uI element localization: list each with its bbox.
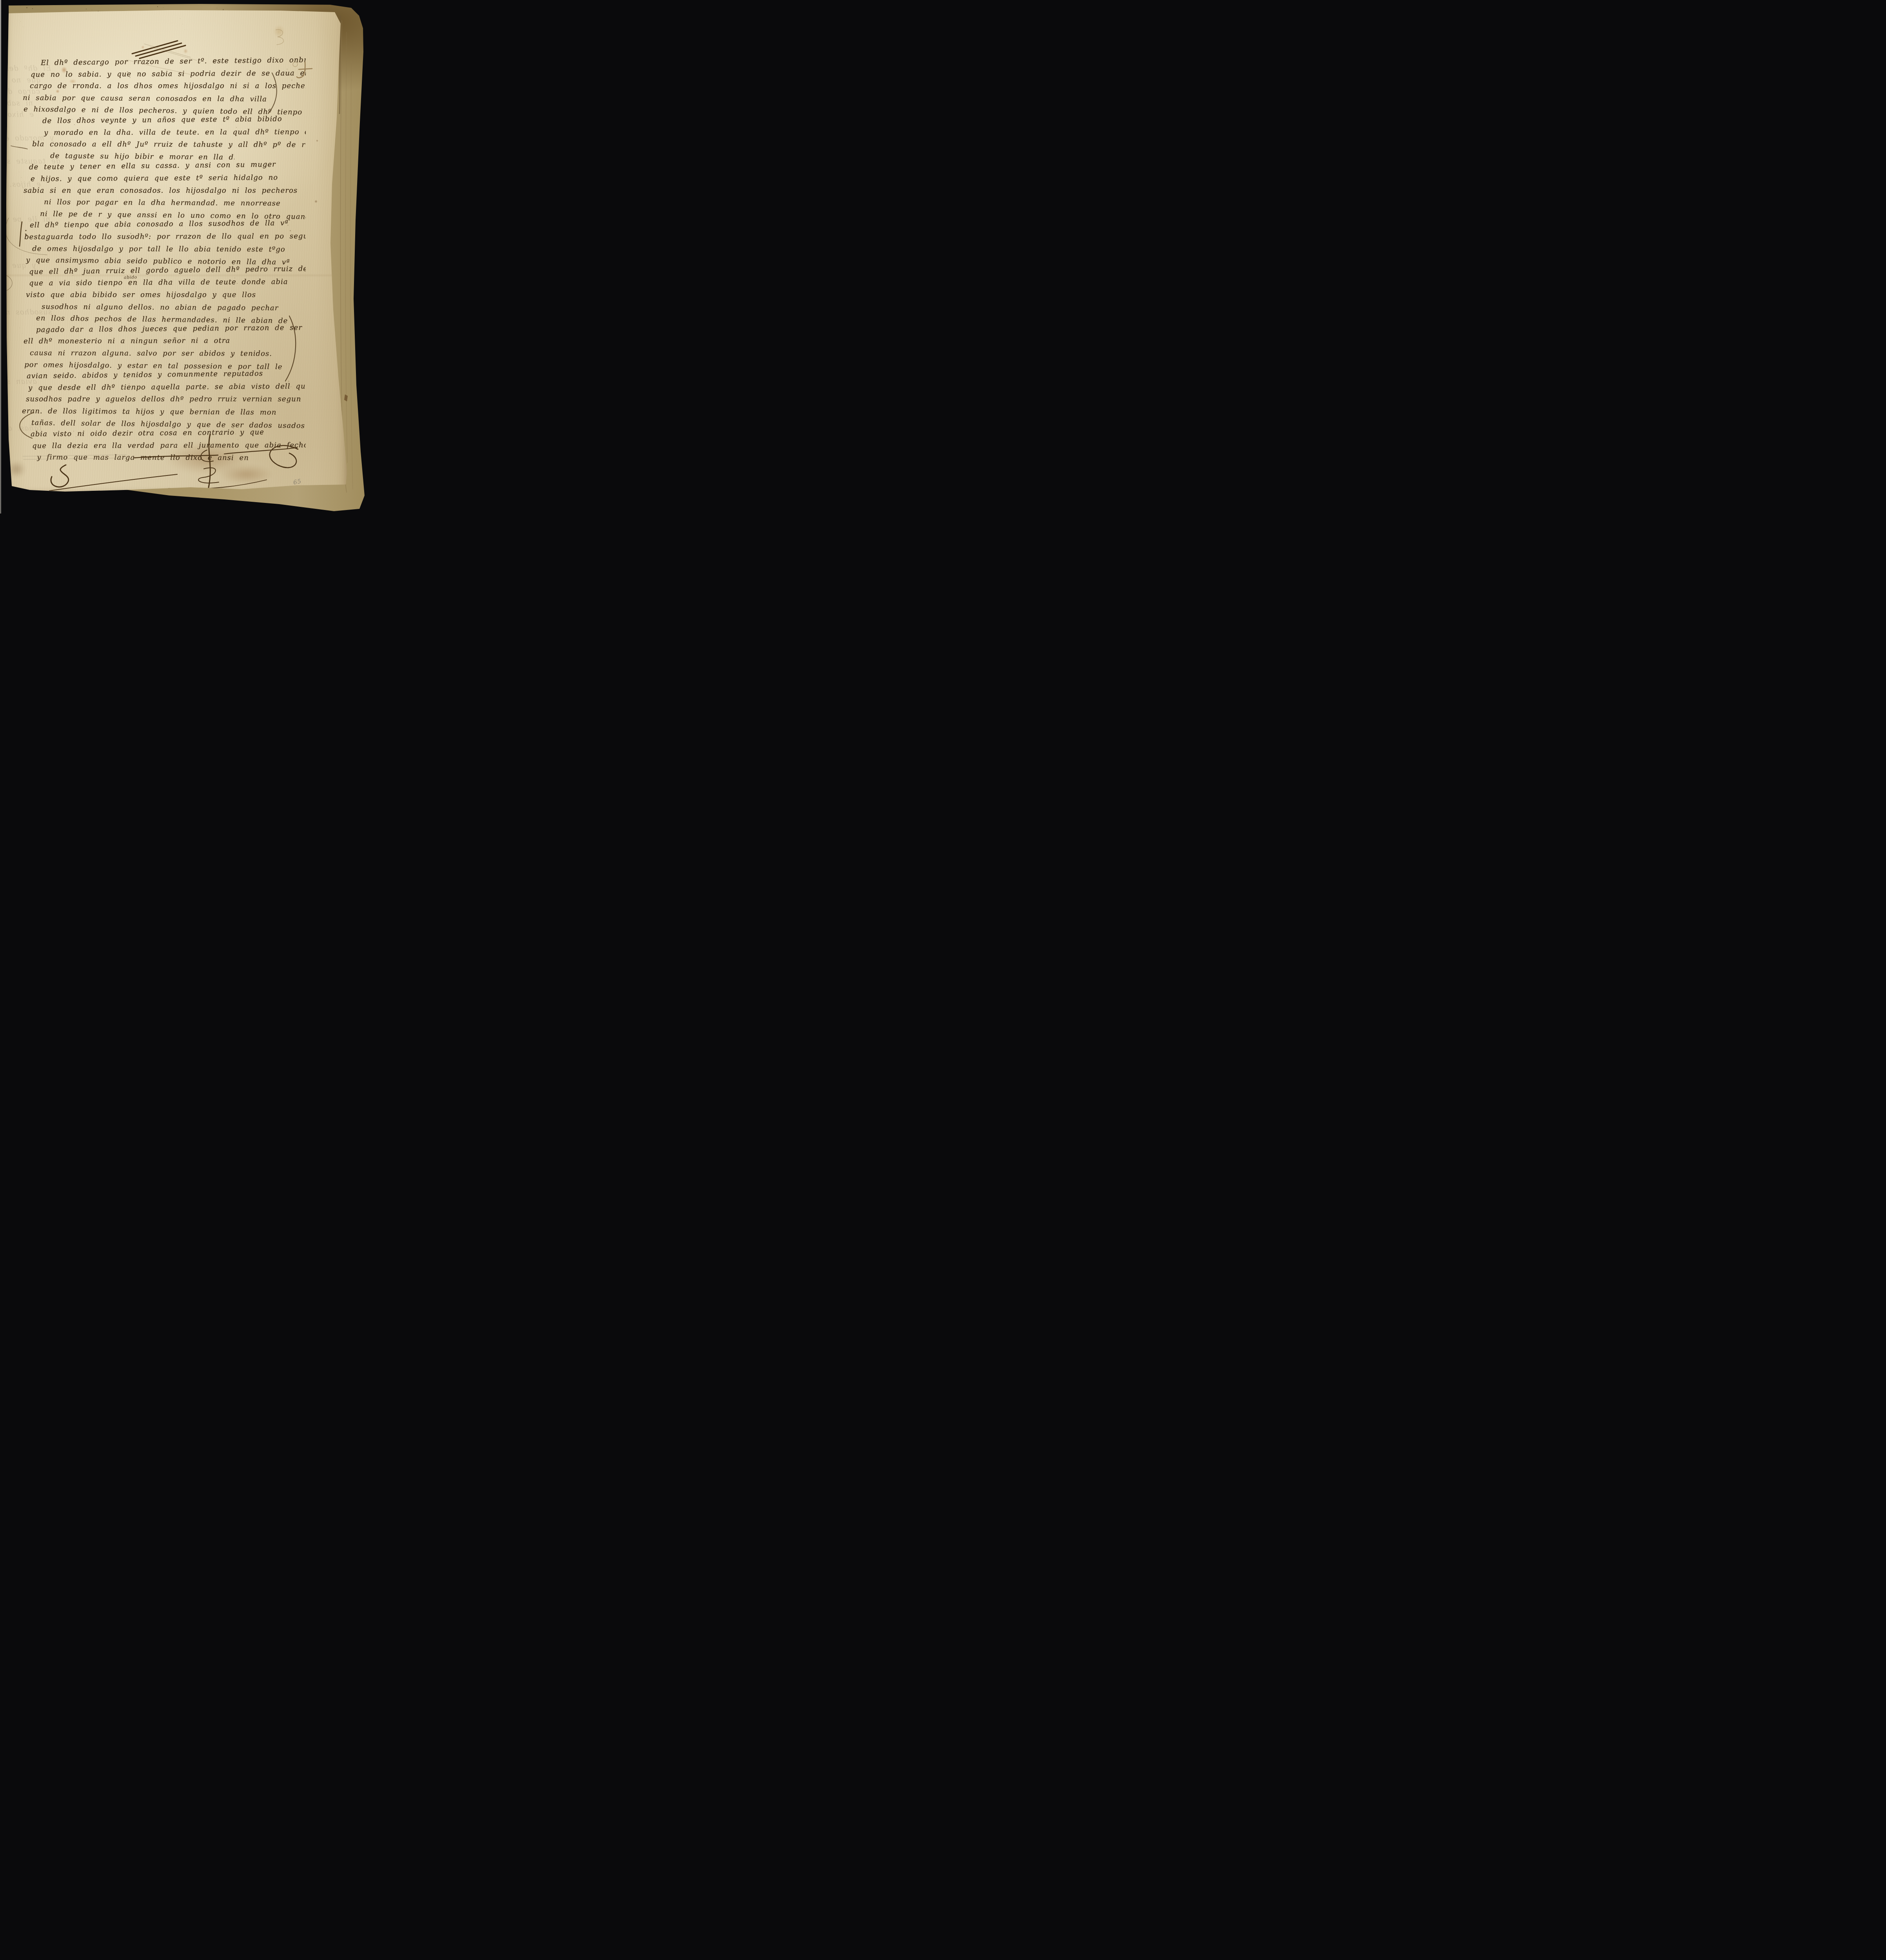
- cover-speck: [32, 8, 33, 9]
- show-through-line: cargo de rronda. a los dhos omes hijosda…: [0, 87, 40, 101]
- manuscript-line: El dhº descargo por rrazon de ser tº. es…: [41, 56, 306, 71]
- manuscript-line: bla conosado a ell dhº Juº rruiz de tahu…: [32, 140, 306, 152]
- paper-speck: [19, 172, 19, 172]
- cover-speck: [223, 9, 224, 10]
- manuscript-line: visto que abia bibido ser omes hijosdalg…: [26, 291, 306, 303]
- paper-speck: [180, 18, 180, 19]
- manuscript-line: ell dhº monesterio ni a ningun señor ni …: [24, 337, 243, 349]
- show-through-line: e hixosdalgo e ni de llos pecheros. y qu…: [0, 111, 34, 124]
- cover-speck: [20, 6, 21, 6]
- manuscript-line: ni sabia por que causa seran conosados e…: [23, 94, 306, 107]
- cover-speck: [217, 8, 217, 8]
- manuscript-line: cargo de rronda. a los dhos omes hijosda…: [30, 82, 306, 94]
- manuscript-line: ell dhº tienpo que abia conosado a llos …: [30, 219, 306, 233]
- manuscript-line: y morado en la dha. villa de teute. en l…: [44, 128, 306, 140]
- manuscript-line: que a via sido tienpo en lla dha villa d…: [29, 278, 306, 291]
- foxing-stain: [183, 49, 188, 54]
- manuscript-line: de teute y tener en ella su cassa. y ans…: [29, 160, 306, 175]
- manuscript-line: abia visto ni oido dezir otra cosa en co…: [31, 428, 306, 442]
- damp-stain: [220, 465, 272, 484]
- interlinear-insertion: abido: [124, 275, 137, 280]
- cover-speck: [92, 10, 92, 10]
- ink-speck: [314, 200, 318, 203]
- manuscript-line: que lla dezia era lla verdad para ell ju…: [32, 441, 306, 454]
- paper-speck: [182, 24, 183, 24]
- cover-speck: [26, 7, 27, 8]
- manuscript-line: que no lo sabia. y que no sabia si podri…: [31, 69, 306, 82]
- manuscript-line: bestaguarda todo llo susodhº: por rrazon…: [24, 232, 306, 245]
- manuscript-line: de omes hijosdalgo y por tall le llo abi…: [32, 245, 306, 257]
- manuscript-line: sabia si en que eran conosados. los hijo…: [24, 187, 306, 198]
- cover-speck: [157, 6, 158, 7]
- corner-smudge: [7, 461, 26, 477]
- manuscript-line: de llos dhos veynte y un años que este t…: [42, 114, 306, 129]
- cover-speck: [163, 7, 163, 8]
- show-through-smudge: [274, 25, 285, 38]
- show-through-curl: [276, 29, 284, 45]
- manuscript-line: susodhos ni alguno dellos. no abian de p…: [42, 303, 306, 316]
- foxing-stain: [141, 45, 145, 49]
- manuscript-line: y que desde ell dhº tienpo aquella parte…: [28, 382, 306, 396]
- manuscript-line: avian seido. abidos y tenidos y comunmen…: [27, 369, 306, 384]
- show-through-line: de taguste su hijo bibir e morar en lla …: [0, 157, 60, 170]
- manuscript-line: e hijos. y que como quiera que este tº s…: [31, 173, 306, 187]
- manuscript-scan: El dhº descargo por rrazon de ser tº. es…: [0, 0, 377, 514]
- paper-speck: [23, 27, 23, 27]
- ink-speck: [316, 140, 318, 142]
- paper-speck: [18, 16, 18, 16]
- paper-speck: [22, 333, 22, 334]
- show-through-line: El dhº descargo por rrazon de ser tº. es…: [0, 64, 51, 77]
- show-through-line: y que ansimysmo abia seido publico e not…: [0, 261, 36, 275]
- manuscript-line: eran. de llos ligitimos ta hijos y que b…: [22, 407, 306, 420]
- show-through-line: susodhos ni alguno dellos. no abian de p…: [0, 308, 52, 321]
- paper-speck: [21, 177, 22, 178]
- manuscript-line: pagado dar a llos dhos jueces que pedian…: [36, 323, 306, 338]
- manuscript-line: causa ni rrazon alguna. salvo por ser ab…: [30, 349, 306, 361]
- paper-speck: [185, 29, 185, 30]
- show-through-line: e hijos. y que como quiera que este tº s…: [0, 180, 41, 194]
- show-through-line: tañas. dell solar de llos hijosdalgo y q…: [0, 424, 42, 437]
- show-through-line: ni lle pe de r y que anssi en lo uno com…: [0, 215, 50, 228]
- cover-speck: [86, 9, 87, 9]
- manuscript-page: El dhº descargo por rrazon de ser tº. es…: [6, 0, 350, 495]
- paper-speck: [20, 328, 20, 328]
- folio-number-pencil: 65: [292, 477, 302, 486]
- manuscript-line: susodhos padre y aguelos dellos dhº pedr…: [26, 395, 306, 407]
- manuscript-line: ni llos por pagar en la dha hermandad. m…: [44, 198, 306, 211]
- manuscript-line: y firmo que mas larga mente llo dixo e a…: [37, 453, 249, 466]
- scanner-edge-strip: [0, 0, 1, 514]
- paper-speck: [20, 21, 21, 22]
- show-through-line: avian seido. abidos y tenidos y comunmen…: [0, 377, 37, 391]
- show-through-line: y morado en la dha. villa de teute. en l…: [0, 134, 54, 147]
